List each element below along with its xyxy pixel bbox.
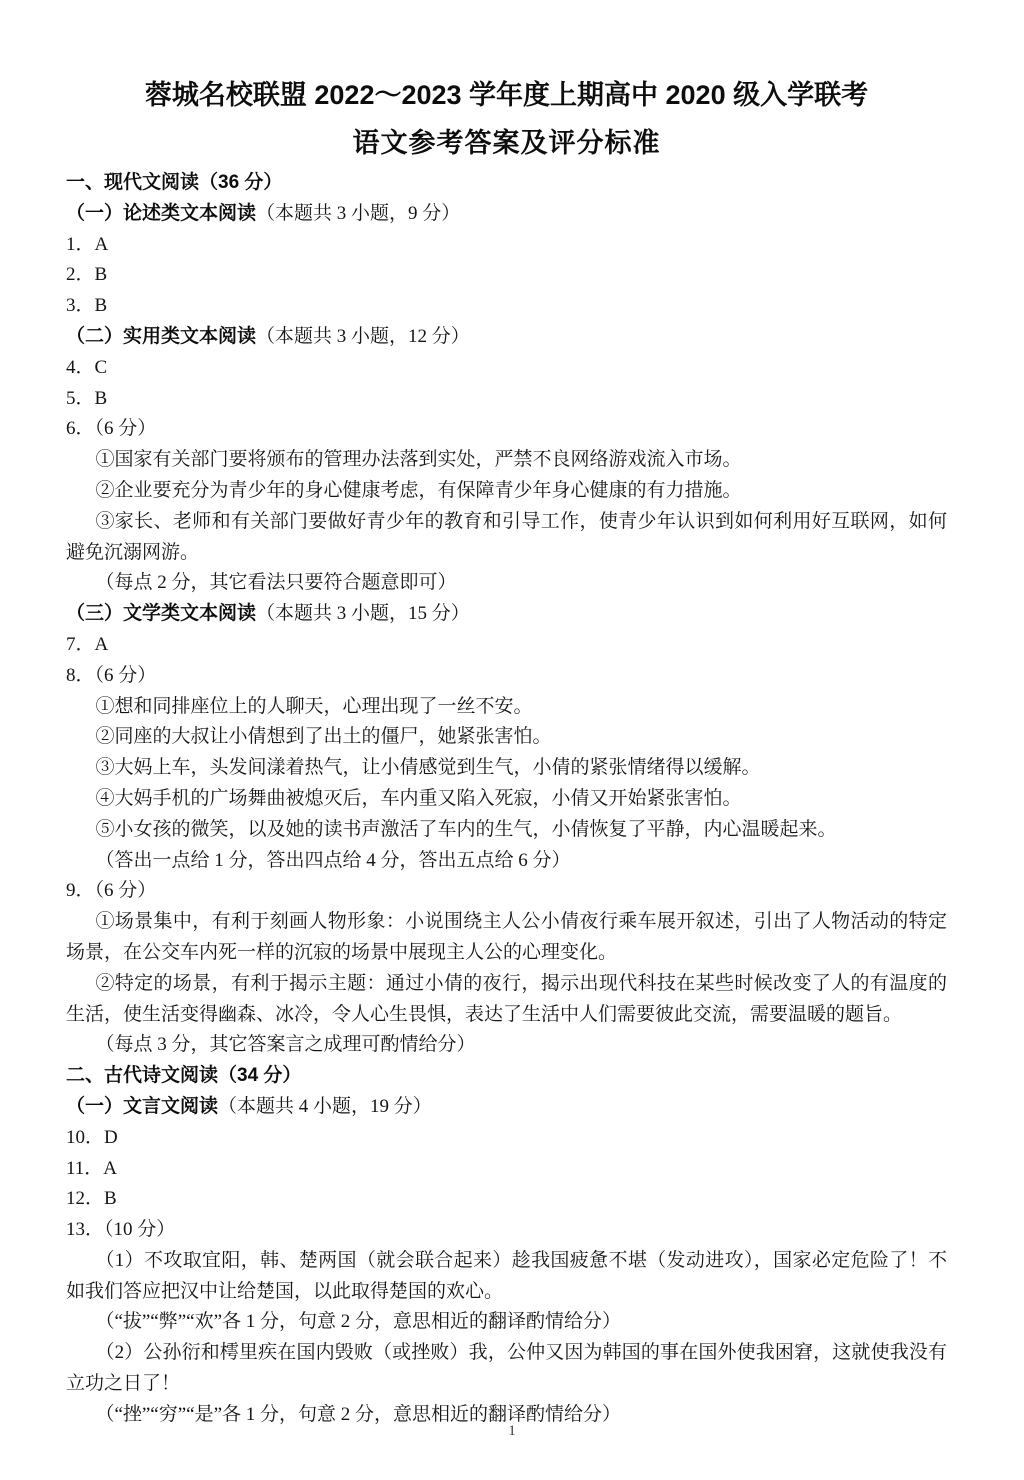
translation-line: （1）不攻取宜阳，韩、楚两国（就会联合起来）趁我国疲惫不堪（发动进攻），国家必定… [66,1246,947,1308]
answer-line: 12．B [66,1184,947,1215]
answer-line: 9．（6 分） [66,876,947,907]
scoring-note: （每点 3 分，其它答案言之成理可酌情给分） [66,1030,947,1061]
scoring-note: （每点 2 分，其它看法只要符合题意即可） [66,568,947,599]
answer-point: ①场景集中，有利于刻画人物形象：小说围绕主人公小倩夜行乘车展开叙述，引出了人物活… [66,907,947,969]
subsection-heading: （二）实用类文本阅读（本题共 3 小题，12 分） [66,322,947,353]
answer-line: 7．A [66,630,947,661]
answer-point: ②企业要充分为青少年的身心健康考虑，有保障青少年身心健康的有力措施。 [66,476,947,507]
answer-line: 4．C [66,353,947,384]
answer-point: ⑤小女孩的微笑，以及她的读书声激活了车内的生气，小倩恢复了平静，内心温暖起来。 [66,815,947,846]
subsection-meta: （本题共 3 小题，12 分） [256,326,470,347]
answer-line: 11．A [66,1154,947,1185]
subsection-label: （三）文学类文本阅读 [66,603,256,624]
answer-line: 3．B [66,291,947,322]
answer-line: 2．B [66,260,947,291]
section-heading: 二、古代诗文阅读（34 分） [66,1061,947,1092]
answer-line: 1．A [66,230,947,261]
answer-line: 5．B [66,384,947,415]
subsection-heading: （一）论述类文本阅读（本题共 3 小题，9 分） [66,199,947,230]
answer-line: 8．（6 分） [66,661,947,692]
answer-point: ④大妈手机的广场舞曲被熄灭后，车内重又陷入死寂，小倩又开始紧张害怕。 [66,784,947,815]
subsection-meta: （本题共 3 小题，15 分） [256,603,470,624]
answer-line: 10．D [66,1123,947,1154]
page-number: 1 [0,1423,1024,1440]
subsection-meta: （本题共 3 小题，9 分） [256,203,460,224]
answer-point: ②特定的场景，有利于揭示主题：通过小倩的夜行，揭示出现代科技在某些时候改变了人的… [66,969,947,1031]
subsection-heading: （三）文学类文本阅读（本题共 3 小题，15 分） [66,599,947,630]
answer-point: ③大妈上车，头发间漾着热气，让小倩感觉到生气，小倩的紧张情绪得以缓解。 [66,753,947,784]
scoring-note: （答出一点给 1 分，答出四点给 4 分，答出五点给 6 分） [66,846,947,877]
subsection-heading: （一）文言文阅读（本题共 4 小题，19 分） [66,1092,947,1123]
subsection-label: （二）实用类文本阅读 [66,326,256,347]
scoring-note: （“拔”“弊”“欢”各 1 分，句意 2 分，意思相近的翻译酌情给分） [66,1307,947,1338]
section-heading: 一、现代文阅读（36 分） [66,168,947,199]
answer-line: 6．（6 分） [66,414,947,445]
answer-point: ②同座的大叔让小倩想到了出土的僵尸，她紧张害怕。 [66,722,947,753]
answer-point: ③家长、老师和有关部门要做好青少年的教育和引导工作，使青少年认识到如何利用好互联… [66,507,947,569]
subsection-meta: （本题共 4 小题，19 分） [218,1096,432,1117]
answer-point: ①想和同排座位上的人聊天，心理出现了一丝不安。 [66,692,947,723]
document-body: 一、现代文阅读（36 分）（一）论述类文本阅读（本题共 3 小题，9 分）1．A… [66,168,947,1431]
document-page: 蓉城名校联盟 2022～2023 学年度上期高中 2020 级入学联考 语文参考… [0,0,1024,1480]
document-subtitle: 语文参考答案及评分标准 [66,124,947,162]
subsection-label: （一）论述类文本阅读 [66,203,256,224]
subsection-label: （一）文言文阅读 [66,1096,218,1117]
answer-line: 13．（10 分） [66,1215,947,1246]
document-title: 蓉城名校联盟 2022～2023 学年度上期高中 2020 级入学联考 [66,76,947,114]
answer-point: ①国家有关部门要将颁布的管理办法落到实处，严禁不良网络游戏流入市场。 [66,445,947,476]
translation-line: （2）公孙衍和樗里疾在国内毁败（或挫败）我，公仲又因为韩国的事在国外使我困窘，这… [66,1338,947,1400]
